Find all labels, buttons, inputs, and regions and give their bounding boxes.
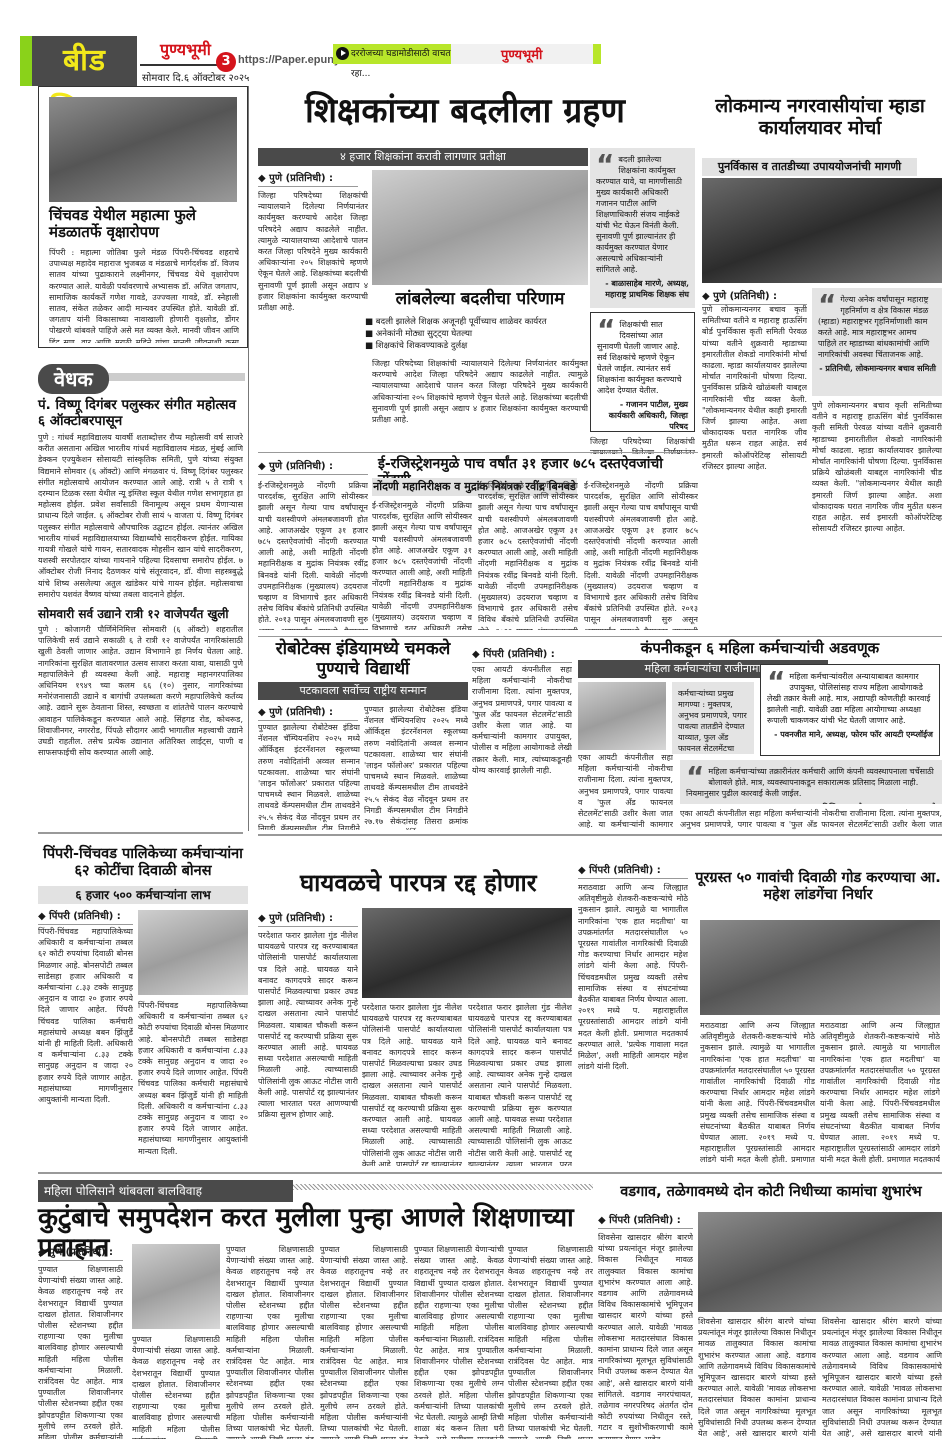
classroom-photo xyxy=(372,170,588,285)
headline: पूरग्रस्त ५० गावांची दिवाळी गोड करण्याचा… xyxy=(694,870,942,903)
article-body-cont: शिवसेना खासदार श्रीरंग बारणे यांच्या प्र… xyxy=(822,1316,942,1439)
article-body: परदेशात फरार झालेला गुंड नीलेश घायवळचे प… xyxy=(258,930,358,1166)
vedhak-label: वेधक xyxy=(38,364,109,394)
paper-brand: पुण्यभूमी xyxy=(501,45,542,63)
headline: लोकमान्य नगरवासीयांचा म्हाडा कार्यालयावर… xyxy=(700,96,940,140)
divider xyxy=(140,64,220,66)
article-body-cont: पिंपरी-चिंचवड महापालिकेच्या अधिकारी व कर… xyxy=(138,1000,248,1166)
story-tree-plantation: चिंचवड येथील महात्मा फुले मंडळातर्फे वृक… xyxy=(38,86,248,348)
quote-text: महिला कर्मचाऱ्यांवरील अन्यायाबाबत कामगार… xyxy=(767,672,930,725)
demands-box: कर्मचाऱ्यांच्या प्रमुख मागण्या : मुक्तपत… xyxy=(672,682,754,754)
quote-author: - निखिल वाळके, कामगार उपायुक्त, पुणे xyxy=(686,802,936,804)
quote-box: “ शिक्षकांची सात दिवसांच्या आत सुनावणी घ… xyxy=(590,312,695,432)
main-headline: शिक्षकांच्या बदलीला ग्रहण xyxy=(300,92,630,131)
article-body-cont: ई-रजिस्ट्रेशनमुळे नोंदणी प्रक्रिया पारदर… xyxy=(478,480,578,630)
dateline: पुणे (प्रतिनिधी) : xyxy=(258,704,358,721)
dateline: पिंपरी (प्रतिनिधी) : xyxy=(578,862,688,879)
quote-icon: “ xyxy=(818,294,836,316)
article-body: पिंपरी : महात्मा जोतिबा फुले मंडळ पिंपरी… xyxy=(49,247,239,343)
bullet-item: बदली झालेले शिक्षक अजूनही पूर्वीच्याच शा… xyxy=(365,316,590,328)
subheadline: ४ हजार शिक्षकांना करावी लागणार प्रतीक्षा xyxy=(258,148,588,166)
article-body-cont: एका आयटी कंपनीतील सहा महिला कर्मचाऱ्यांन… xyxy=(578,752,673,830)
article-body: मराठवाडा आणि अन्य जिल्ह्यात अतिवृष्टीमुळ… xyxy=(578,882,688,1166)
tree-plantation-photo xyxy=(49,97,237,202)
article-body: पुण्यात शिक्षणासाठी येणाऱ्यांची संख्या ज… xyxy=(38,1264,123,1439)
masthead: बीड जिल्हा पुण्यभूमी सोमवार दि.६ ऑक्टोबर… xyxy=(0,36,945,86)
article-body-cont: पुण्यात शिक्षणासाठी येणाऱ्यांची संख्या ज… xyxy=(132,1334,220,1439)
passport-photo xyxy=(362,908,572,998)
column-divider xyxy=(248,86,249,831)
dateline: पुणे (प्रतिनिधी) : xyxy=(38,1244,123,1261)
headline: चिंचवड येथील महात्मा फुले मंडळातर्फे वृक… xyxy=(49,207,239,242)
quote-icon: “ xyxy=(767,671,785,693)
article-body: पुणे लोकमान्यनगर बचाव कृती समितीच्या वती… xyxy=(702,304,807,644)
quote-author: - पवनजीत माने, अध्यक्ष, फोरम फॉर आयटी एम… xyxy=(767,729,933,740)
dateline: पिंपरी (प्रतिनिधी) : xyxy=(598,1212,693,1229)
quote-author: - बाळासाहेब मारणे, अध्यक्ष, महाराष्ट्र प… xyxy=(596,278,689,300)
article-body-cont: पुण्यात शिक्षणासाठी येणाऱ्यांची संख्या ज… xyxy=(226,1244,314,1439)
divider xyxy=(38,832,243,834)
quote-icon: “ xyxy=(596,154,614,176)
section-title: बीड जिल्हा xyxy=(32,36,137,86)
headline: पं. विष्णू दिगंबर पलुस्कर संगीत महोत्सव … xyxy=(38,398,243,429)
article-body-cont: परदेशात फरार झालेला गुंड नीलेश घायवळचे प… xyxy=(362,1002,462,1166)
protest-photo xyxy=(702,178,942,283)
quote-text: महिला कर्मचाऱ्यांच्या तक्रारीनंतर कर्मचा… xyxy=(686,767,934,798)
women-employees-photo xyxy=(578,682,666,750)
article-body: पिंपरी-चिंचवड महापालिकेच्या अधिकारी व कर… xyxy=(38,926,133,1166)
article-body: पुणे : गांधर्व महाविद्यालय यावर्षी शताब्… xyxy=(38,432,243,606)
article-body-cont: मराठवाडा आणि अन्य जिल्ह्यात अतिवृष्टीमुळ… xyxy=(820,1020,940,1166)
dateline: पुणे (प्रतिनिधी) : xyxy=(258,458,368,475)
article-body-cont: ई-रजिस्ट्रेशनमुळे नोंदणी प्रक्रिया पारदर… xyxy=(372,500,472,630)
quote-box: “ महिला कर्मचाऱ्यांवरील अन्यायाबाबत कामग… xyxy=(760,664,940,756)
article-body-cont: शिवसेना खासदार श्रीरंग बारणे यांच्या प्र… xyxy=(698,1316,816,1439)
decorative-hatch xyxy=(293,1184,593,1190)
quote-box: “ बदली झालेल्या शिक्षकांना कार्यमुक्त कर… xyxy=(590,148,695,308)
masthead-green-bar xyxy=(20,36,32,86)
article-body: पुण्यात झालेल्या रोबोटेक्स इंडिया नॅशनल … xyxy=(258,722,360,830)
meeting-photo xyxy=(700,920,940,1015)
quote-author: - गजानन पाटील, मुख्य कार्यकारी अधिकारी, … xyxy=(597,399,688,432)
headline: कंपनीकडून ६ महिला कर्मचाऱ्यांची अडवणूक xyxy=(580,640,940,657)
ticker-text: दररोजच्या घडामोडीसाठी वाचत रहा... xyxy=(351,49,450,79)
quote-box: “ गेल्या अनेक वर्षांपासून महाराष्ट्र गृह… xyxy=(812,288,942,396)
headline: वडगाव, तळेगावमध्ये दोन कोटी निधीच्या काम… xyxy=(600,1184,942,1201)
box-title: लांबलेल्या बदलीचा परिणाम xyxy=(375,290,585,310)
quote-icon: “ xyxy=(686,766,704,788)
dateline: पुणे (प्रतिनिधी) : xyxy=(702,288,807,305)
divider xyxy=(258,636,942,637)
subheadline: ६ हजार ५०० कर्मचाऱ्यांना लाभ xyxy=(38,886,248,904)
article-body-cont: पुण्यात झालेल्या रोबोटेक्स इंडिया नॅशनल … xyxy=(364,704,468,830)
dateline: पिंपरी (प्रतिनिधी) : xyxy=(38,908,133,925)
headline: पिंपरी-चिंचवड पालिकेच्या कर्मचाऱ्यांना ६… xyxy=(38,846,248,879)
subheadline: पटकावला सर्वोच्च राष्ट्रीय सन्मान xyxy=(258,682,468,700)
issue-date: सोमवार दि.६ ऑक्टोबर २०२५ xyxy=(142,70,249,84)
brand-logo: पुण्यभूमी xyxy=(160,38,211,60)
policewoman-photo xyxy=(132,1244,220,1329)
quote-box: “ महिला कर्मचाऱ्यांच्या तक्रारीनंतर कर्म… xyxy=(680,760,942,804)
article-body-cont: पुण्यात शिक्षणासाठी येणाऱ्यांची संख्या ज… xyxy=(414,1244,504,1439)
article-body-cont: जिल्हा परिषदेच्या शिक्षकांची न्यायालयाने… xyxy=(372,358,588,443)
article-body-cont: परदेशात फरार झालेला गुंड नीलेश घायवळचे प… xyxy=(468,1002,572,1166)
play-icon xyxy=(336,47,349,60)
article-body: जिल्हा परिषदेच्या शिक्षकांची न्यायालयाने… xyxy=(258,190,368,385)
bullet-item: शिक्षकांचे शिकवण्याकडे दुर्लक्ष xyxy=(365,340,590,352)
divider xyxy=(38,1172,942,1174)
ticker-banner[interactable]: दररोजच्या घडामोडीसाठी वाचत रहा... xyxy=(333,44,451,64)
article-body: पुणे : कोजागरी पौर्णिमेनिमित्त सोमवारी (… xyxy=(38,624,243,828)
headline: घायवळचे पारपत्र रद्द होणार xyxy=(300,870,570,898)
article-body-cont: मराठवाडा आणि अन्य जिल्ह्यात अतिवृष्टीमुळ… xyxy=(700,1020,815,1166)
headline: रोबोटेक्स इंडियामध्ये चमकले पुण्याचे विद… xyxy=(258,640,468,679)
municipal-building-photo xyxy=(138,910,248,995)
kicker: महिला पोलिसाने थांबवला बालविवाह xyxy=(38,1180,293,1202)
article-body: ई-रजिस्ट्रेशनमुळे नोंदणी प्रक्रिया पारदर… xyxy=(258,480,368,630)
paper-thumbnail[interactable]: पुण्यभूमी xyxy=(451,44,601,64)
quote-author: - प्रतिनिधी, लोकमान्यनगर बचाव समिती xyxy=(818,363,936,374)
article-body-cont: एका आयटी कंपनीतील सहा महिला कर्मचाऱ्यांन… xyxy=(680,808,942,830)
inauguration-photo xyxy=(698,1212,942,1312)
divider xyxy=(258,452,698,453)
dateline: पिंपरी (प्रतिनिधी) : xyxy=(472,646,572,663)
article-body: शिवसेना खासदार श्रीरंग बारणे यांच्या प्र… xyxy=(598,1232,693,1439)
article-body-cont: ई-रजिस्ट्रेशनमुळे नोंदणी प्रक्रिया पारदर… xyxy=(584,480,698,630)
bullet-item: अनेकांनी मोठ्या सुट्ट्या घेतल्या xyxy=(365,328,590,340)
quote-icon: “ xyxy=(597,319,615,341)
page-number-badge: 3 xyxy=(216,52,236,72)
article-body-cont: पुणे लोकमान्यनगर बचाव कृती समितीच्या वती… xyxy=(812,400,942,644)
headline: सोमवारी सर्व उद्याने रात्री १२ वाजेपर्यं… xyxy=(38,608,243,622)
divider xyxy=(258,834,942,836)
dateline: पुणे (प्रतिनिधी) : xyxy=(258,910,358,927)
article-body-cont: पुण्यात शिक्षणासाठी येणाऱ्यांची संख्या ज… xyxy=(320,1244,408,1439)
article-body-cont: पुण्यात शिक्षणासाठी येणाऱ्यांची संख्या ज… xyxy=(508,1244,593,1439)
article-body: एका आयटी कंपनीतील सहा महिला कर्मचाऱ्यांन… xyxy=(472,664,572,830)
dateline: पुणे (प्रतिनिधी) : xyxy=(258,170,358,187)
subheadline: पुनर्विकास व तातडीच्या उपाययोजनांची मागण… xyxy=(702,158,917,176)
bullet-list: बदली झालेले शिक्षक अजूनही पूर्वीच्याच शा… xyxy=(365,316,590,352)
